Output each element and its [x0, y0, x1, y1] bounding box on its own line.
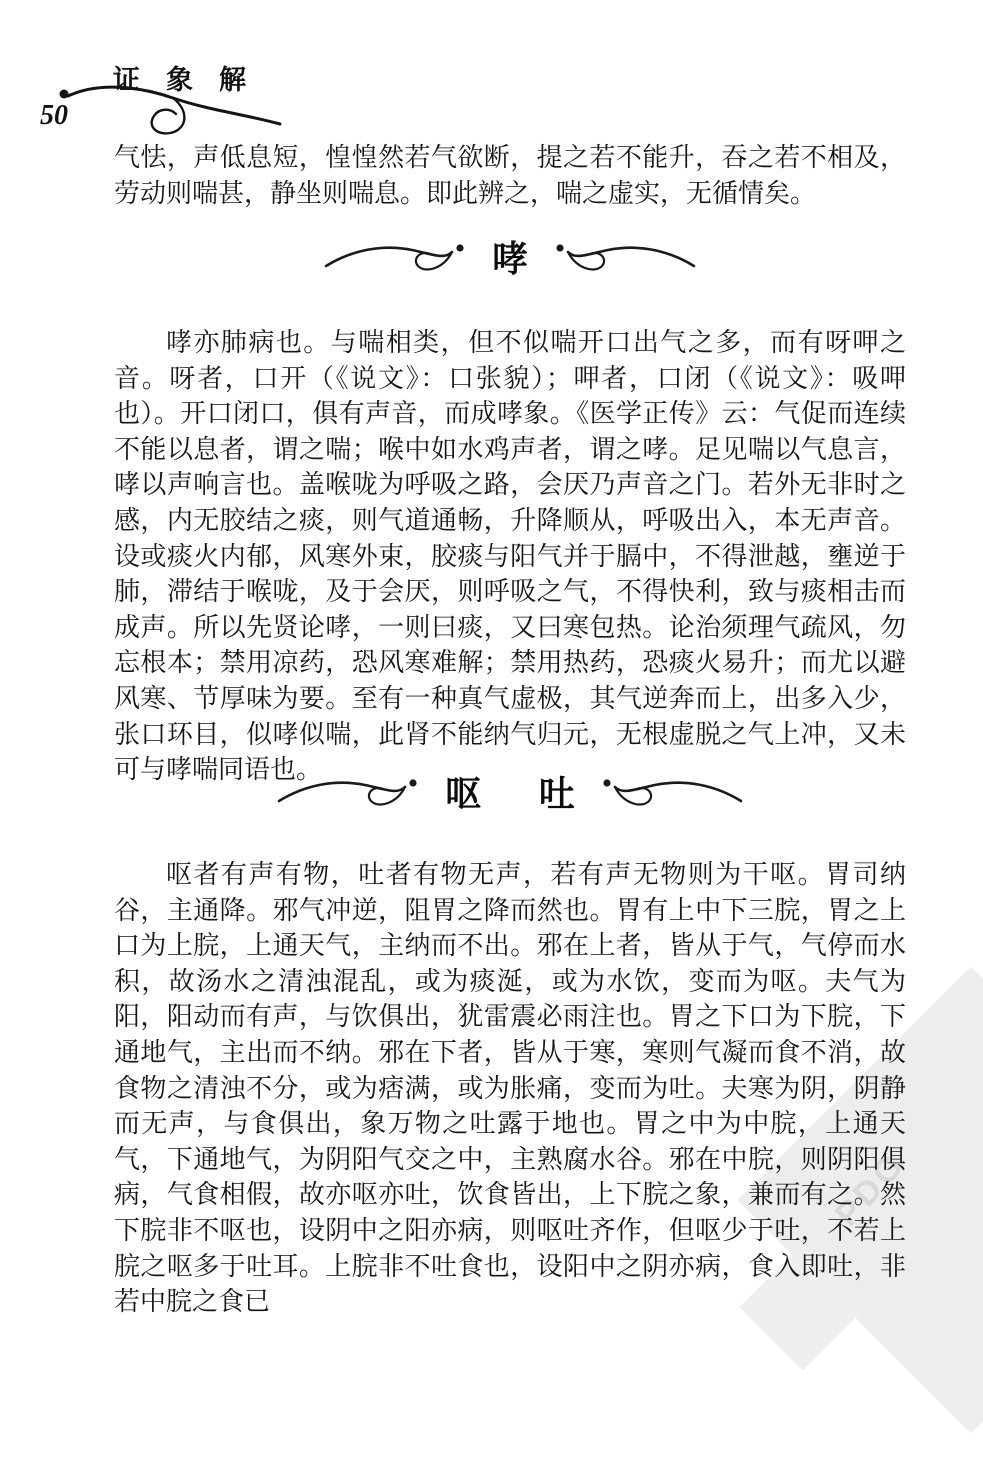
flourish-left-icon — [277, 769, 427, 815]
section-xiao-paragraph: 哮亦肺病也。与喘相类，但不似喘开口出气之多，而有呀呷之音。呀者，口开（《说文》：… — [114, 325, 906, 788]
section-outu-paragraph: 呕者有声有物，吐者有物无声，若有声无物则为干呕。胃司纳谷，主通降。邪气冲逆，阻胃… — [114, 857, 906, 1320]
flourish-right-icon — [546, 234, 696, 280]
flourish-right-icon — [593, 769, 743, 815]
flourish-left-icon — [324, 234, 474, 280]
page-number: 50 — [40, 100, 68, 132]
section-title: 哮 — [492, 231, 528, 282]
intro-paragraph: 气怯，声低息短，惶惶然若气欲断，提之若不能升，吞之若不相及，劳动则喘甚，静坐则喘… — [114, 140, 906, 211]
section-heading-xiao: 哮 — [114, 231, 906, 282]
book-page: PDG 证象解 50 气怯，声低息短，惶惶然若气欲断，提之若不能升，吞之若不相及… — [0, 0, 983, 1470]
section-heading-outu: 呕吐 — [114, 766, 906, 817]
